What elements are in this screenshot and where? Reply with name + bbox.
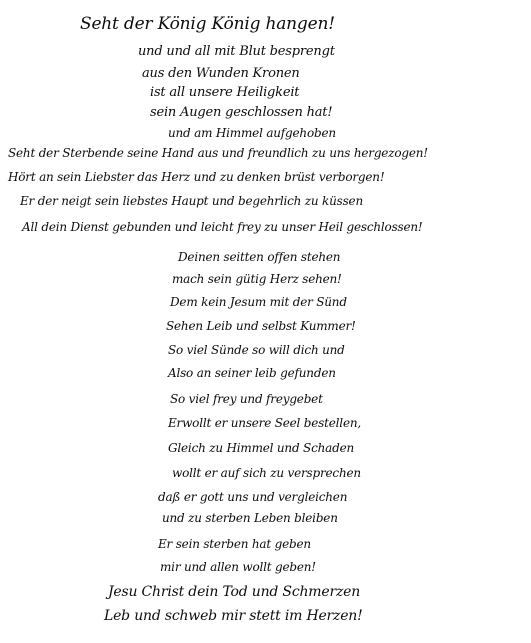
manuscript-line: ist all unsere Heiligkeit (150, 85, 299, 100)
manuscript-line: Gleich zu Himmel und Schaden (168, 441, 354, 455)
manuscript-line: Seht der Sterbende seine Hand aus und fr… (8, 146, 428, 160)
manuscript-line: sein Augen geschlossen hat! (150, 105, 332, 120)
manuscript-line: Er sein sterben hat geben (158, 537, 311, 551)
manuscript-line: Also an seiner leib gefunden (168, 366, 336, 380)
manuscript-line: Seht der König König hangen! (80, 14, 335, 34)
manuscript-line: Erwollt er unsere Seel bestellen, (168, 416, 361, 430)
manuscript-line: Er der neigt sein liebstes Haupt und beg… (20, 194, 363, 208)
manuscript-page: Seht der König König hangen!und und all … (0, 0, 531, 643)
manuscript-line: mir und allen wollt geben! (160, 560, 316, 574)
manuscript-line: daß er gott uns und vergleichen (158, 490, 347, 504)
manuscript-line: mach sein gütig Herz sehen! (172, 272, 342, 286)
manuscript-line: und und all mit Blut besprengt (138, 44, 335, 59)
manuscript-line: Dem kein Jesum mit der Sünd (170, 295, 347, 309)
manuscript-line: wollt er auf sich zu versprechen (172, 466, 361, 480)
manuscript-line: Hört an sein Liebster das Herz und zu de… (8, 170, 384, 184)
manuscript-line: Jesu Christ dein Tod und Schmerzen (108, 584, 360, 600)
manuscript-line: All dein Dienst gebunden und leicht frey… (22, 220, 423, 234)
manuscript-line: aus den Wunden Kronen (142, 66, 300, 81)
manuscript-line: und zu sterben Leben bleiben (162, 511, 338, 525)
manuscript-line: Leb und schweb mir stett im Herzen! (104, 608, 363, 624)
manuscript-line: So viel Sünde so will dich und (168, 343, 345, 357)
manuscript-line: Sehen Leib und selbst Kummer! (166, 319, 356, 333)
manuscript-line: So viel frey und freygebet (170, 392, 323, 406)
manuscript-line: und am Himmel aufgehoben (168, 126, 336, 140)
manuscript-line: Deinen seitten offen stehen (178, 250, 340, 264)
